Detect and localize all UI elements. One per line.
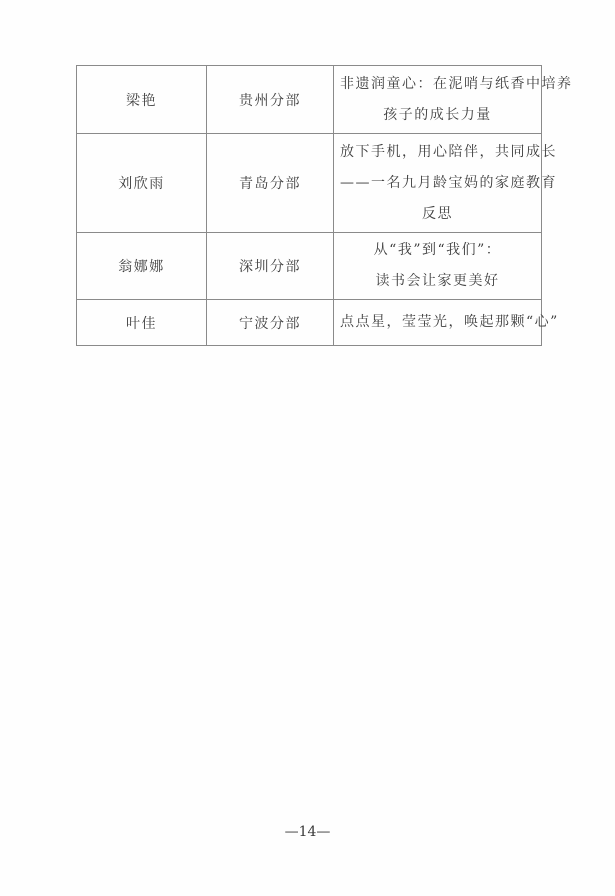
table-row: 刘欣雨 青岛分部 放下手机，用心陪伴，共同成长 ——一名九月龄宝妈的家庭教育 反… <box>77 134 542 233</box>
title-line: 非遗润童心：在泥哨与纸香中培养 <box>340 69 535 100</box>
branch-cell: 青岛分部 <box>207 134 334 233</box>
title-line: 点点星，莹莹光，唤起那颗“心” <box>340 307 535 338</box>
table-row: 翁娜娜 深圳分部 从“我”到“我们”： 读书会让家更美好 <box>77 233 542 300</box>
table-row: 梁艳 贵州分部 非遗润童心：在泥哨与纸香中培养 孩子的成长力量 <box>77 66 542 134</box>
author-name-cell: 梁艳 <box>77 66 207 134</box>
article-title-cell: 非遗润童心：在泥哨与纸香中培养 孩子的成长力量 <box>334 66 542 134</box>
branch-cell: 贵州分部 <box>207 66 334 134</box>
title-line: ——一名九月龄宝妈的家庭教育 <box>340 168 535 199</box>
table-row: 叶佳 宁波分部 点点星，莹莹光，唤起那颗“心” <box>77 300 542 346</box>
article-title-cell: 放下手机，用心陪伴，共同成长 ——一名九月龄宝妈的家庭教育 反思 <box>334 134 542 233</box>
author-name-cell: 叶佳 <box>77 300 207 346</box>
document-page: 梁艳 贵州分部 非遗润童心：在泥哨与纸香中培养 孩子的成长力量 刘欣雨 青岛分部… <box>0 0 615 896</box>
article-title-cell: 点点星，莹莹光，唤起那颗“心” <box>334 300 542 346</box>
title-line: 孩子的成长力量 <box>340 100 535 131</box>
title-line: 反思 <box>340 199 535 230</box>
branch-cell: 宁波分部 <box>207 300 334 346</box>
article-title-cell: 从“我”到“我们”： 读书会让家更美好 <box>334 233 542 300</box>
page-number: —14— <box>0 824 615 840</box>
author-name-cell: 刘欣雨 <box>77 134 207 233</box>
title-line: 放下手机，用心陪伴，共同成长 <box>340 137 535 168</box>
branch-cell: 深圳分部 <box>207 233 334 300</box>
author-name-cell: 翁娜娜 <box>77 233 207 300</box>
award-table: 梁艳 贵州分部 非遗润童心：在泥哨与纸香中培养 孩子的成长力量 刘欣雨 青岛分部… <box>76 65 542 346</box>
title-line: 从“我”到“我们”： <box>340 235 535 266</box>
title-line: 读书会让家更美好 <box>340 266 535 297</box>
